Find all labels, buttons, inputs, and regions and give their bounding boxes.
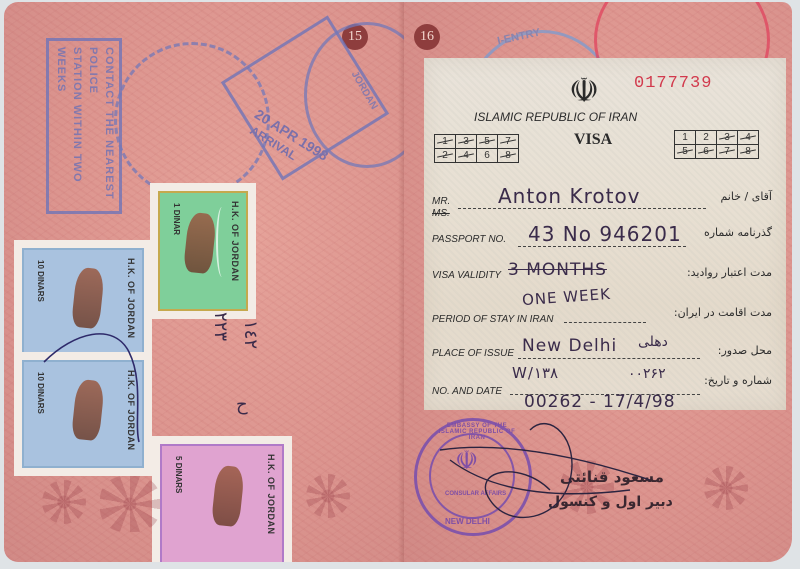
- police-stamp-line-2: STATION WITHIN TWO WEEKS: [55, 47, 83, 183]
- iran-visa-sticker: ☫ 0177739 ISLAMIC REPUBLIC OF IRAN VISA …: [424, 58, 786, 410]
- field-value-place: New Delhi: [522, 336, 617, 356]
- grid-cell: 4: [456, 149, 477, 163]
- field-label-fa: آقای / خانم: [720, 190, 772, 203]
- stamp-denomination: 1 DINAR: [172, 203, 181, 235]
- field-visa-validity: VISA VALIDITY 3 MONTHS مدت اعتبار روادید…: [432, 254, 776, 284]
- entry-stamp-label: I-ENTRY: [496, 27, 541, 48]
- field-label: VISA VALIDITY: [432, 270, 501, 281]
- signature-scribble: [34, 332, 164, 452]
- field-label-mr: MR.: [432, 196, 450, 207]
- grid-cell: 6: [696, 145, 717, 159]
- handwritten-number-1: ١٤٢: [240, 320, 261, 349]
- stamp-denomination: 5 DINARS: [174, 456, 183, 493]
- field-label: NO. AND DATE: [432, 386, 502, 397]
- visa-title: VISA: [574, 131, 612, 149]
- grid-cell: 1: [675, 131, 696, 145]
- field-value-place-fa: دهلی: [638, 334, 668, 350]
- field-label-fa: شماره و تاریخ:: [704, 374, 772, 387]
- entries-grid-left: 1 3 5 7 2 4 6 8: [434, 134, 519, 163]
- stamp-issuer: H.K. OF JORDAN: [230, 201, 240, 282]
- revenue-stamp-1-dinar: H.K. OF JORDAN 1 DINAR: [152, 185, 254, 317]
- field-dash: [518, 246, 686, 247]
- field-value-number: W/۱۳۸: [512, 364, 558, 382]
- page-number-right: 16: [414, 24, 440, 50]
- grid-cell: 6: [477, 149, 498, 163]
- entries-grid-right: 1 2 3 4 5 6 7 8: [674, 130, 759, 159]
- handwritten-number-2: ٢٢٣: [210, 312, 231, 341]
- stamp-castle-image: [211, 465, 245, 528]
- visa-issuing-country: ISLAMIC REPUBLIC OF IRAN: [474, 110, 637, 124]
- grid-cell: 4: [738, 131, 759, 145]
- grid-cell: 1: [435, 135, 456, 149]
- field-number-and-date: W/۱۳۸ ۰۰۲۶۲ NO. AND DATE 00262 - 17/4/98…: [432, 364, 776, 410]
- revenue-stamp-5-dinars: H.K. OF JORDAN 5 DINARS: [154, 438, 290, 562]
- grid-cell: 7: [498, 135, 519, 149]
- field-value-passport: 43 No 946201: [528, 222, 682, 246]
- field-dash: [564, 322, 646, 323]
- stamp-castle-image: [183, 212, 217, 275]
- field-label: PERIOD OF STAY IN IRAN: [432, 314, 554, 325]
- stamp-castle-image: [71, 267, 105, 330]
- left-page: 15 CONTACT THE NEAREST POLICE STATION WI…: [4, 2, 404, 562]
- grid-cell: 7: [717, 145, 738, 159]
- field-passport-number: PASSPORT NO. 43 No 946201 گذرنامه شماره: [432, 216, 776, 246]
- field-label-fa: مدت اقامت در ایران:: [674, 306, 772, 319]
- field-dash: [458, 208, 706, 209]
- grid-cell: 2: [435, 149, 456, 163]
- field-label-fa: محل صدور:: [718, 344, 772, 357]
- field-value-name: Anton Krotov: [498, 184, 641, 208]
- field-place-of-issue: PLACE OF ISSUE New Delhi دهلی محل صدور:: [432, 330, 776, 360]
- grid-cell: 8: [738, 145, 759, 159]
- field-label: PLACE OF ISSUE: [432, 348, 514, 359]
- field-period-of-stay: ONE WEEK PERIOD OF STAY IN IRAN مدت اقام…: [432, 288, 776, 328]
- jordan-label: JORDAN: [349, 69, 380, 111]
- field-value-date: 00262 - 17/4/98: [524, 392, 676, 412]
- grid-cell: 2: [696, 131, 717, 145]
- passport-spread: 15 CONTACT THE NEAREST POLICE STATION WI…: [0, 0, 800, 569]
- consular-signature: [430, 420, 730, 540]
- iran-emblem-icon: ☫: [564, 72, 604, 110]
- page-rosette: [100, 476, 160, 532]
- field-value-stay: ONE WEEK: [521, 285, 611, 309]
- field-label-fa: گذرنامه شماره: [704, 226, 772, 239]
- grid-cell: 3: [717, 131, 738, 145]
- handwritten-mark: ح: [236, 394, 248, 415]
- field-dash: [518, 358, 700, 359]
- field-name: MR. MS. Anton Krotov آقای / خانم: [432, 180, 776, 214]
- stamp-issuer: H.K. OF JORDAN: [126, 258, 136, 339]
- visa-serial-number: 0177739: [634, 74, 712, 93]
- stamp-issuer: H.K. OF JORDAN: [266, 454, 276, 535]
- police-stamp-line-1: CONTACT THE NEAREST POLICE: [87, 47, 115, 200]
- grid-cell: 5: [675, 145, 696, 159]
- page-rosette: [42, 480, 86, 524]
- field-label-fa: مدت اعتبار روادید:: [687, 266, 772, 279]
- police-registration-stamp: CONTACT THE NEAREST POLICE STATION WITHI…: [46, 38, 122, 214]
- grid-cell: 8: [498, 149, 519, 163]
- grid-cell: 5: [477, 135, 498, 149]
- stamp-wave: [216, 207, 228, 277]
- field-label: PASSPORT NO.: [432, 234, 506, 245]
- page-rosette: [306, 474, 350, 518]
- stamp-denomination: 10 DINARS: [36, 260, 45, 302]
- grid-cell: 3: [456, 135, 477, 149]
- field-value-validity: 3 MONTHS: [508, 260, 607, 280]
- field-value-number-fa: ۰۰۲۶۲: [628, 366, 666, 382]
